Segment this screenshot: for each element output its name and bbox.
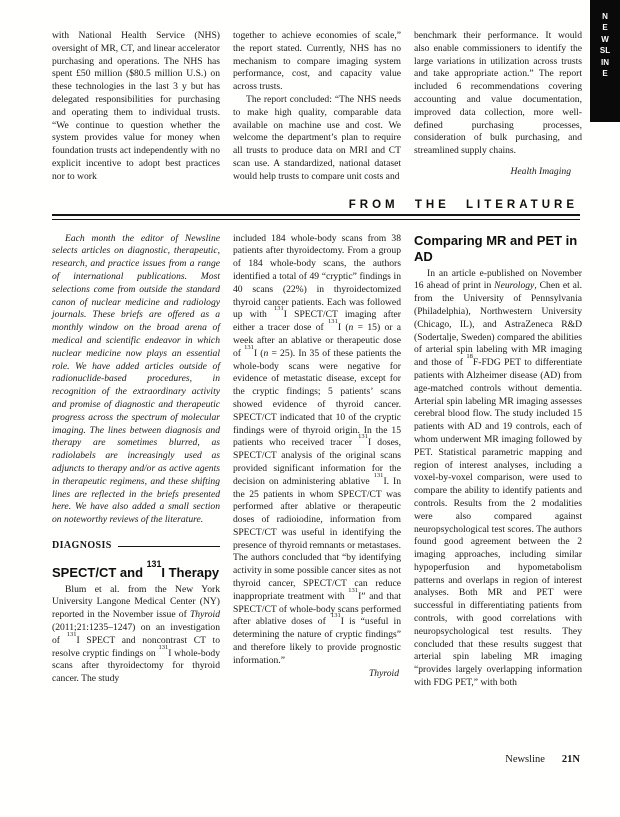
literature-column-2: included 184 whole-body scans from 38 pa… [233,233,401,690]
editor-intro: Each month the editor of Newsline select… [52,233,220,527]
source-attribution: Health Imaging [414,166,582,179]
body-paragraph: benchmark their performance. It would al… [414,30,582,158]
footer-journal-name: Newsline [505,754,545,765]
page-content: with National Health Service (NHS) overs… [52,30,580,690]
double-rule [52,214,580,220]
newsline-tab-label: NEWSLINE [600,11,611,79]
top-column-2: together to achieve economies of scale,”… [233,30,401,184]
newsline-tab: NEWSLINE [590,0,620,122]
body-paragraph: included 184 whole-body scans from 38 pa… [233,233,401,668]
literature-column-1: Each month the editor of Newsline select… [52,233,220,690]
body-paragraph: The report concluded: “The NHS needs to … [233,94,401,184]
diagnosis-rule [118,546,220,547]
section-header: FROM THE LITERATURE [52,199,580,211]
journal-page: NEWSLINE with National Health Service (N… [0,0,620,817]
source-attribution: Thyroid [233,668,401,681]
literature-column-3: Comparing MR and PET in AD In an article… [414,233,582,690]
top-article-continuation: with National Health Service (NHS) overs… [52,30,580,184]
article-title-mr-pet: Comparing MR and PET in AD [414,233,582,265]
top-column-3: benchmark their performance. It would al… [414,30,582,184]
footer-page-number: 21N [562,754,580,765]
article-title-spect-ct: SPECT/CT and 131I Therapy [52,565,220,581]
body-paragraph: with National Health Service (NHS) overs… [52,30,220,184]
body-paragraph: Blum et al. from the New York University… [52,584,220,686]
page-footer: Newsline21N [505,753,580,766]
from-the-literature-section: Each month the editor of Newsline select… [52,233,580,690]
body-paragraph: together to achieve economies of scale,”… [233,30,401,94]
diagnosis-label: DIAGNOSIS [52,540,112,553]
diagnosis-heading: DIAGNOSIS [52,540,220,553]
top-column-1: with National Health Service (NHS) overs… [52,30,220,184]
body-paragraph: In an article e-published on November 16… [414,268,582,690]
